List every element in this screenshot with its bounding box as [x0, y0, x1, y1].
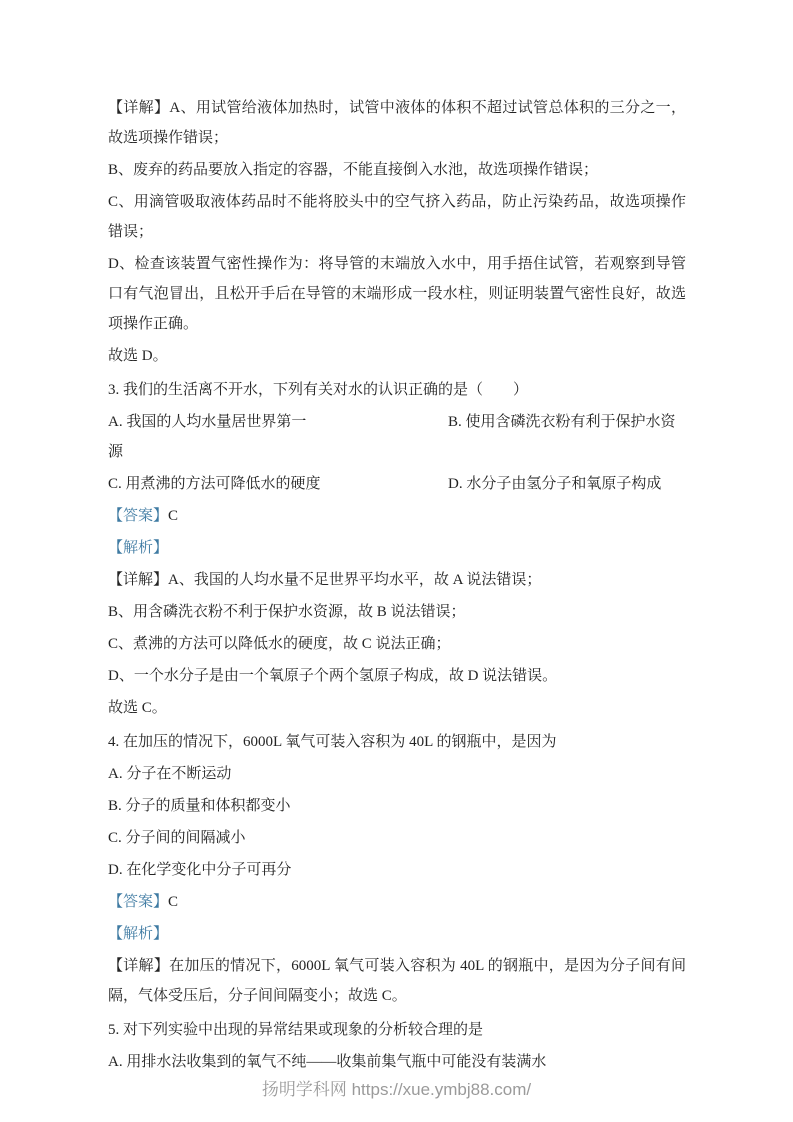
- detail-text: D、一个水分子是由一个氧原子个两个氢原子构成，故 D 说法错误。: [108, 668, 557, 684]
- question-5-option-a: A. 用排水法收集到的氧气不纯——收集前集气瓶中可能没有装满水: [108, 1047, 686, 1077]
- question-4-option-b: B. 分子的质量和体积都变小: [108, 791, 686, 821]
- analysis-label: 【解析】: [108, 540, 168, 556]
- footer-watermark: 扬明学科网 https://xue.ymbj88.com/: [0, 1078, 793, 1102]
- question-3-options-ab: A. 我国的人均水量居世界第一B. 使用含磷洗衣粉有利于保护水资源: [108, 407, 686, 467]
- detail-text: A、用试管给液体加热时，试管中液体的体积不超过试管总体积的三分之一，故选项操作错…: [108, 100, 686, 146]
- document-content: 【详解】A、用试管给液体加热时，试管中液体的体积不超过试管总体积的三分之一，故选…: [108, 93, 686, 1079]
- option-a: A. 我国的人均水量居世界第一: [108, 407, 448, 437]
- detail-text: D、检查该装置气密性操作为：将导管的末端放入水中，用手捂住试管，若观察到导管口有…: [108, 256, 686, 332]
- answer-label: 【答案】: [108, 508, 168, 524]
- option-c: C. 分子间的间隔减小: [108, 830, 246, 846]
- option-a: A. 用排水法收集到的氧气不纯——收集前集气瓶中可能没有装满水: [108, 1054, 546, 1070]
- question-4-option-d: D. 在化学变化中分子可再分: [108, 855, 686, 885]
- detail-text: 在加压的情况下，6000L 氧气可装入容积为 40L 的钢瓶中，是因为分子间有间…: [108, 958, 686, 1004]
- detail-text: B、用含磷洗衣粉不利于保护水资源，故 B 说法错误；: [108, 604, 466, 620]
- document-page: 【详解】A、用试管给液体加热时，试管中液体的体积不超过试管总体积的三分之一，故选…: [0, 0, 793, 1122]
- option-b: B. 分子的质量和体积都变小: [108, 798, 291, 814]
- analysis-line-q4: 【解析】: [108, 919, 686, 949]
- question-5-stem: 5. 对下列实验中出现的异常结果或现象的分析较合理的是: [108, 1015, 686, 1045]
- detail-paragraph-q2-c: C、用滴管吸取液体药品时不能将胶头中的空气挤入药品，防止污染药品，故选项操作错误…: [108, 187, 686, 247]
- detail-paragraph-q3-c: C、煮沸的方法可以降低水的硬度，故 C 说法正确；: [108, 629, 686, 659]
- detail-paragraph-q4: 【详解】在加压的情况下，6000L 氧气可装入容积为 40L 的钢瓶中，是因为分…: [108, 951, 686, 1011]
- conclusion-text: 故选 C。: [108, 700, 167, 716]
- stem-text: 5. 对下列实验中出现的异常结果或现象的分析较合理的是: [108, 1022, 483, 1038]
- answer-line-q3: 【答案】C: [108, 501, 686, 531]
- detail-label: 【详解】: [108, 100, 169, 116]
- option-d: D. 水分子由氢分子和氧原子构成: [448, 476, 661, 492]
- analysis-label: 【解析】: [108, 926, 168, 942]
- question-3-options-cd: C. 用煮沸的方法可降低水的硬度D. 水分子由氢分子和氧原子构成: [108, 469, 686, 499]
- answer-value: C: [168, 894, 178, 910]
- detail-label: 【详解】: [108, 572, 168, 588]
- question-4-option-c: C. 分子间的间隔减小: [108, 823, 686, 853]
- conclusion-q2: 故选 D。: [108, 341, 686, 371]
- question-3-stem: 3. 我们的生活离不开水，下列有关对水的认识正确的是（ ）: [108, 375, 686, 405]
- option-d: D. 在化学变化中分子可再分: [108, 862, 291, 878]
- detail-text: A、我国的人均水量不足世界平均水平，故 A 说法错误；: [168, 572, 541, 588]
- detail-paragraph-q3-a: 【详解】A、我国的人均水量不足世界平均水平，故 A 说法错误；: [108, 565, 686, 595]
- question-4-stem: 4. 在加压的情况下，6000L 氧气可装入容积为 40L 的钢瓶中，是因为: [108, 727, 686, 757]
- answer-label: 【答案】: [108, 894, 168, 910]
- option-c: C. 用煮沸的方法可降低水的硬度: [108, 469, 448, 499]
- answer-value: C: [168, 508, 178, 524]
- answer-line-q4: 【答案】C: [108, 887, 686, 917]
- question-4-option-a: A. 分子在不断运动: [108, 759, 686, 789]
- detail-paragraph-q3-b: B、用含磷洗衣粉不利于保护水资源，故 B 说法错误；: [108, 597, 686, 627]
- option-a: A. 分子在不断运动: [108, 766, 231, 782]
- detail-text: C、煮沸的方法可以降低水的硬度，故 C 说法正确；: [108, 636, 451, 652]
- detail-paragraph-q2-d: D、检查该装置气密性操作为：将导管的末端放入水中，用手捂住试管，若观察到导管口有…: [108, 249, 686, 339]
- detail-text: C、用滴管吸取液体药品时不能将胶头中的空气挤入药品，防止污染药品，故选项操作错误…: [108, 194, 686, 240]
- analysis-line-q3: 【解析】: [108, 533, 686, 563]
- detail-text: B、废弃的药品要放入指定的容器，不能直接倒入水池，故选项操作错误；: [108, 162, 598, 178]
- stem-text: 3. 我们的生活离不开水，下列有关对水的认识正确的是（ ）: [108, 382, 528, 398]
- detail-label: 【详解】: [108, 958, 169, 974]
- conclusion-text: 故选 D。: [108, 348, 168, 364]
- detail-paragraph-q3-d: D、一个水分子是由一个氧原子个两个氢原子构成，故 D 说法错误。: [108, 661, 686, 691]
- detail-paragraph-q2-a: 【详解】A、用试管给液体加热时，试管中液体的体积不超过试管总体积的三分之一，故选…: [108, 93, 686, 153]
- stem-text: 4. 在加压的情况下，6000L 氧气可装入容积为 40L 的钢瓶中，是因为: [108, 734, 556, 750]
- detail-paragraph-q2-b: B、废弃的药品要放入指定的容器，不能直接倒入水池，故选项操作错误；: [108, 155, 686, 185]
- conclusion-q3: 故选 C。: [108, 693, 686, 723]
